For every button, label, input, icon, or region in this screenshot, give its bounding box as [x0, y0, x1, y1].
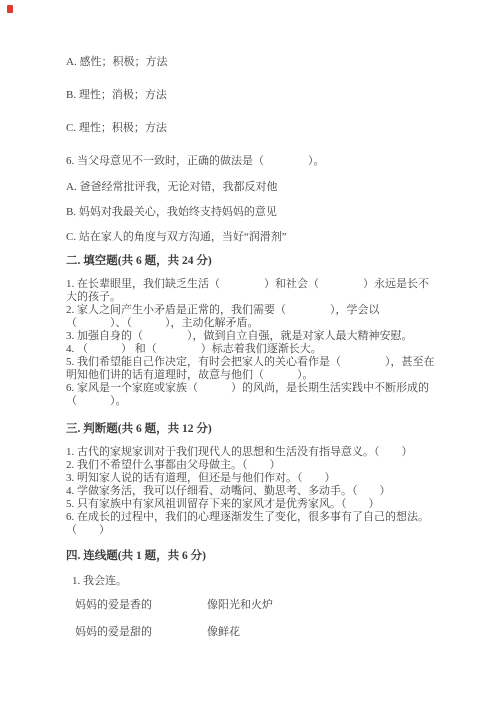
fill-line: 4. （ ） 和（ ）标志着我们逐渐长大。 [66, 343, 466, 356]
matching-intro: 1. 我会连。 [66, 575, 466, 588]
judgment-section-body: 1. 古代的家规家训对于我们现代人的思想和生活没有指导意义。（ ） 2. 我们不… [66, 446, 466, 537]
fill-line: 大的孩子。 [66, 291, 466, 304]
fill-line: 1. 在长辈眼里，我们缺乏生活（ ）和社会（ ）永远是长不 [66, 278, 466, 291]
fill-line: （ ）、（ ），主动化解矛盾。 [66, 317, 466, 330]
leading-option-c: C. 理性；积极；方法 [66, 122, 466, 135]
judgment-line: 4. 学做家务活，我可以仔细看、动嘴问、勤思考、多动手。（ ） [66, 485, 466, 498]
judgment-line: 3. 明知家人说的话有道理，但还是与他们作对。（ ） [66, 472, 466, 485]
fill-line: 2. 家人之间产生小矛盾是正常的，我们需要（ ），学会以 [66, 304, 466, 317]
previous-question-options: A. 感性；积极；方法 B. 理性；消极；方法 C. 理性；积极；方法 [66, 56, 466, 135]
question-6-option-b: B. 妈妈对我最关心，我始终支持妈妈的意见 [66, 206, 466, 219]
fill-in-section-heading: 二. 填空题(共 6 题，共 24 分) [66, 255, 466, 268]
matching-right-item: 像阳光和火炉 [207, 599, 273, 612]
worksheet-page: A. 感性；积极；方法 B. 理性；消极；方法 C. 理性；积极；方法 6. 当… [0, 0, 500, 707]
question-6-option-a: A. 爸爸经常批评我，无论对错，我都反对他 [66, 181, 466, 194]
scan-artifact-mark [7, 5, 13, 13]
fill-line: 3. 加强自身的（ ），做到自立自强，就是对家人最大精神安慰。 [66, 330, 466, 343]
matching-pair-row: 妈妈的爱是甜的 像鲜花 [66, 626, 466, 639]
judgment-line: 2. 我们不希望什么事都由父母做主。（ ） [66, 459, 466, 472]
fill-line: 明知他们讲的话有道理时，故意与他们（ ）。 [66, 369, 466, 382]
fill-line: 6. 家风是一个家庭或家族（ ）的风尚，是长期生活实践中不断形成的 [66, 382, 466, 395]
judgment-line: （ ） [66, 524, 466, 537]
leading-option-b: B. 理性；消极；方法 [66, 89, 466, 102]
question-6-stem: 6. 当父母意见不一致时，正确的做法是（ ）。 [66, 155, 466, 168]
leading-option-a: A. 感性；积极；方法 [66, 56, 466, 69]
worksheet-content: A. 感性；积极；方法 B. 理性；消极；方法 C. 理性；积极；方法 6. 当… [66, 56, 466, 639]
judgment-line: 5. 只有家族中有家风祖训留存下来的家风才是优秀家风。（ ） [66, 498, 466, 511]
judgment-section-heading: 三. 判断题(共 6 题，共 12 分) [66, 423, 466, 436]
matching-left-item: 妈妈的爱是甜的 [75, 626, 207, 639]
fill-line: 5. 我们希望能自己作决定，有时会把家人的关心看作是（ ），甚至在 [66, 356, 466, 369]
judgment-line: 1. 古代的家规家训对于我们现代人的思想和生活没有指导意义。（ ） [66, 446, 466, 459]
judgment-line: 6. 在成长的过程中，我们的心理逐渐发生了变化，很多事有了自己的想法。 [66, 511, 466, 524]
question-6-block: 6. 当父母意见不一致时，正确的做法是（ ）。 A. 爸爸经常批评我，无论对错，… [66, 155, 466, 244]
matching-section-heading: 四. 连线题(共 1 题，共 6 分) [66, 550, 466, 563]
matching-right-item: 像鲜花 [207, 626, 240, 639]
fill-line: （ ）。 [66, 395, 466, 408]
fill-in-section-body: 1. 在长辈眼里，我们缺乏生活（ ）和社会（ ）永远是长不 大的孩子。 2. 家… [66, 278, 466, 408]
question-6-option-c: C. 站在家人的角度与双方沟通，当好“润滑剂” [66, 231, 466, 244]
matching-left-item: 妈妈的爱是香的 [75, 599, 207, 612]
matching-pair-row: 妈妈的爱是香的 像阳光和火炉 [66, 599, 466, 612]
